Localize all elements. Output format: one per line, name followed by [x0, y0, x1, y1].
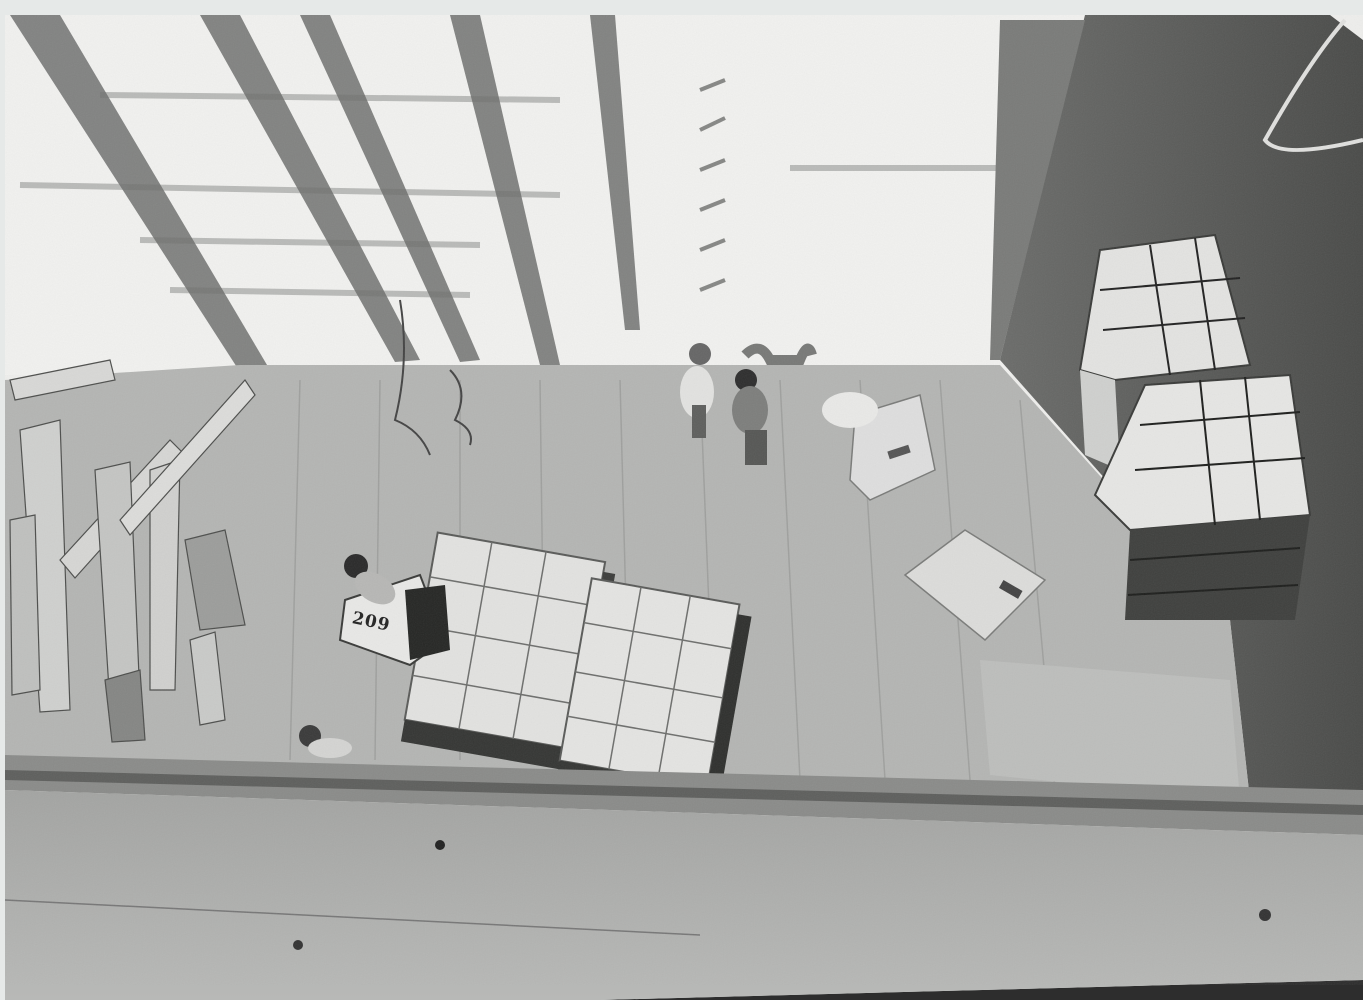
cargo-hold-photograph — [0, 0, 1363, 1000]
